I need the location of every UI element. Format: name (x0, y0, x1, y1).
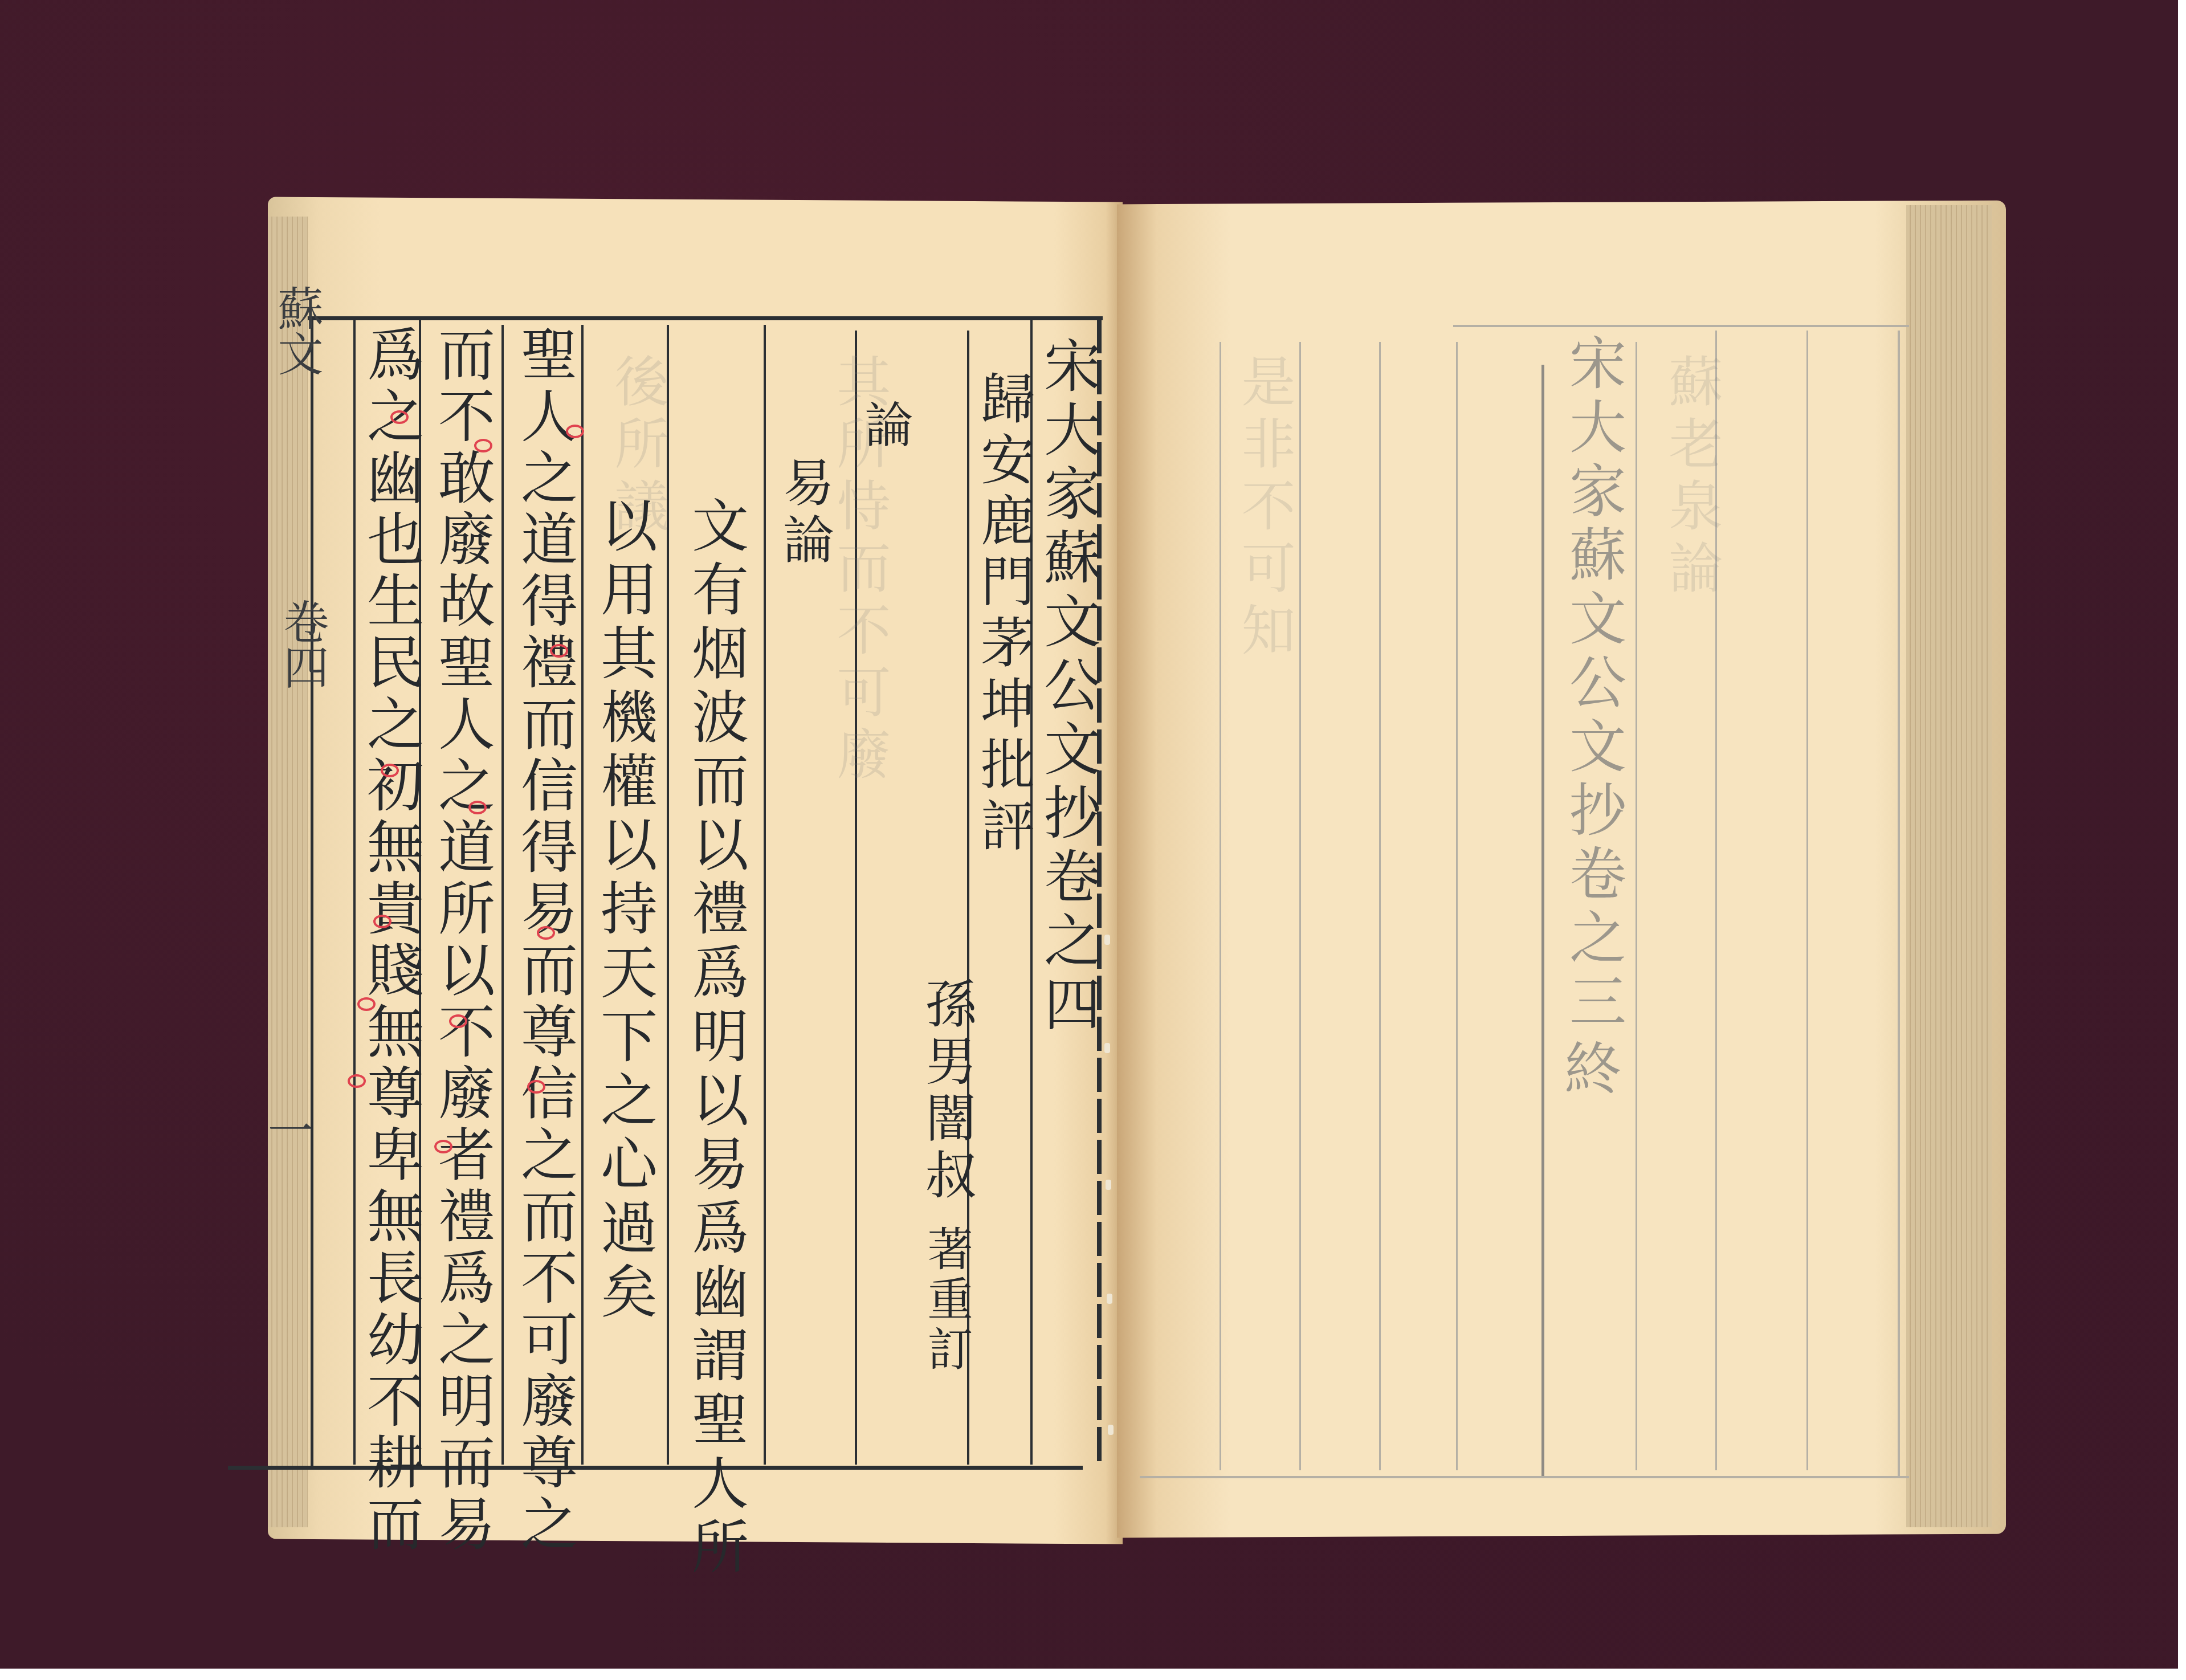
right-column-divider (1806, 331, 1808, 1470)
critic-column: 歸安鹿門茅坤批評 (974, 370, 1031, 858)
right-volume-title-column: 宋大家蘇文公文抄卷之三 終 (1561, 333, 1624, 1098)
column-divider (764, 325, 766, 1465)
red-punctuation-mark (449, 1014, 467, 1028)
text-column-5-content: 爲之幽也生民之初無貴賤無尊卑無長幼不耕而 (362, 325, 419, 1556)
end-mark: 終 (1564, 1041, 1621, 1098)
right-frame-right-rule (1898, 331, 1900, 1476)
red-punctuation-mark (474, 439, 492, 452)
column-divider (501, 325, 504, 1465)
section-heading: 論 (864, 402, 913, 450)
right-column-divider (1636, 342, 1637, 1470)
critic-credit: 歸安鹿門茅坤批評 (976, 370, 1030, 858)
text-column-4: 而不敢廢故聖人之道所以不廢者禮爲之明而易 (427, 325, 496, 1556)
binding-hole (1108, 1425, 1114, 1435)
section-heading-column: 論 (863, 402, 915, 450)
essay-title: 易論 (778, 456, 829, 570)
page-number: 一 (268, 1094, 313, 1160)
red-punctuation-mark (468, 801, 487, 814)
red-punctuation-mark (357, 997, 376, 1011)
column-divider (353, 319, 356, 1465)
right-column-divider (1456, 342, 1458, 1470)
red-punctuation-mark (527, 1080, 545, 1094)
margin-title: 蘇文 (274, 285, 319, 376)
editor-name: 孫男闇叔 (920, 977, 972, 1205)
margin-title-text: 蘇文 (274, 285, 319, 376)
red-punctuation-mark (537, 926, 555, 940)
red-punctuation-mark (373, 915, 391, 928)
text-column-3-content: 聖人之道得禮而信得易而尊信之而不可廢尊之 (516, 325, 573, 1556)
right-frame-bottom-rule (1140, 1476, 1909, 1478)
text-column-4-content: 而不敢廢故聖人之道所以不廢者禮爲之明而易 (433, 325, 490, 1556)
right-column-divider (1379, 342, 1381, 1470)
red-punctuation-mark (550, 644, 568, 658)
red-punctuation-mark (390, 410, 409, 424)
left-frame-top-rule (308, 316, 1103, 320)
show-through-text: 蘇老泉論 (1653, 353, 1730, 1436)
red-punctuation-mark (566, 425, 584, 438)
editor-role-column: 著重訂 (920, 1225, 972, 1376)
right-column-divider-dark (1541, 365, 1544, 1476)
text-column-1-content: 文有烟波而以禮爲明以易爲幽謂聖人所 (687, 496, 744, 1581)
show-through-text: 是非不可知 (1225, 353, 1303, 1436)
right-volume-title: 宋大家蘇文公文抄卷之三 (1564, 333, 1621, 1035)
right-page-edge-stack (1906, 205, 1992, 1527)
column-divider (581, 325, 584, 1465)
red-punctuation-mark (381, 764, 399, 777)
binding-hole (1104, 1043, 1110, 1053)
text-column-1: 文有烟波而以禮爲明以易爲幽謂聖人所 (681, 496, 749, 1581)
text-column-2-content: 以用其機權以持天下之心過矣 (596, 496, 652, 1326)
binding-hole (1106, 1180, 1111, 1190)
red-punctuation-mark (348, 1074, 366, 1088)
binding-hole (1107, 1294, 1112, 1304)
essay-title-column: 易論 (775, 456, 832, 570)
margin-volume: 卷四 (279, 598, 325, 690)
margin-volume-text: 卷四 (279, 598, 325, 690)
volume-title: 宋大家蘇文公文抄卷之四 (1039, 336, 1096, 1038)
text-column-3: 聖人之道得禮而信得易而尊信之而不可廢尊之 (510, 325, 578, 1556)
editor-role: 著重訂 (923, 1225, 969, 1376)
right-frame-top-rule (1453, 325, 1909, 327)
left-frame-left-rule (311, 316, 313, 1467)
text-column-2: 以用其機權以持天下之心過矣 (590, 496, 658, 1326)
volume-title-column: 宋大家蘇文公文抄卷之四 (1036, 336, 1099, 1038)
text-column-5: 爲之幽也生民之初無貴賤無尊卑無長幼不耕而 (359, 325, 422, 1556)
left-page-edge-stack (268, 217, 308, 1527)
left-frame-bottom-rule (228, 1466, 1083, 1470)
right-column-divider (1220, 342, 1221, 1470)
red-punctuation-mark (434, 1140, 452, 1153)
binding-hole (1104, 935, 1110, 945)
editor-column: 孫男闇叔 (920, 977, 972, 1205)
